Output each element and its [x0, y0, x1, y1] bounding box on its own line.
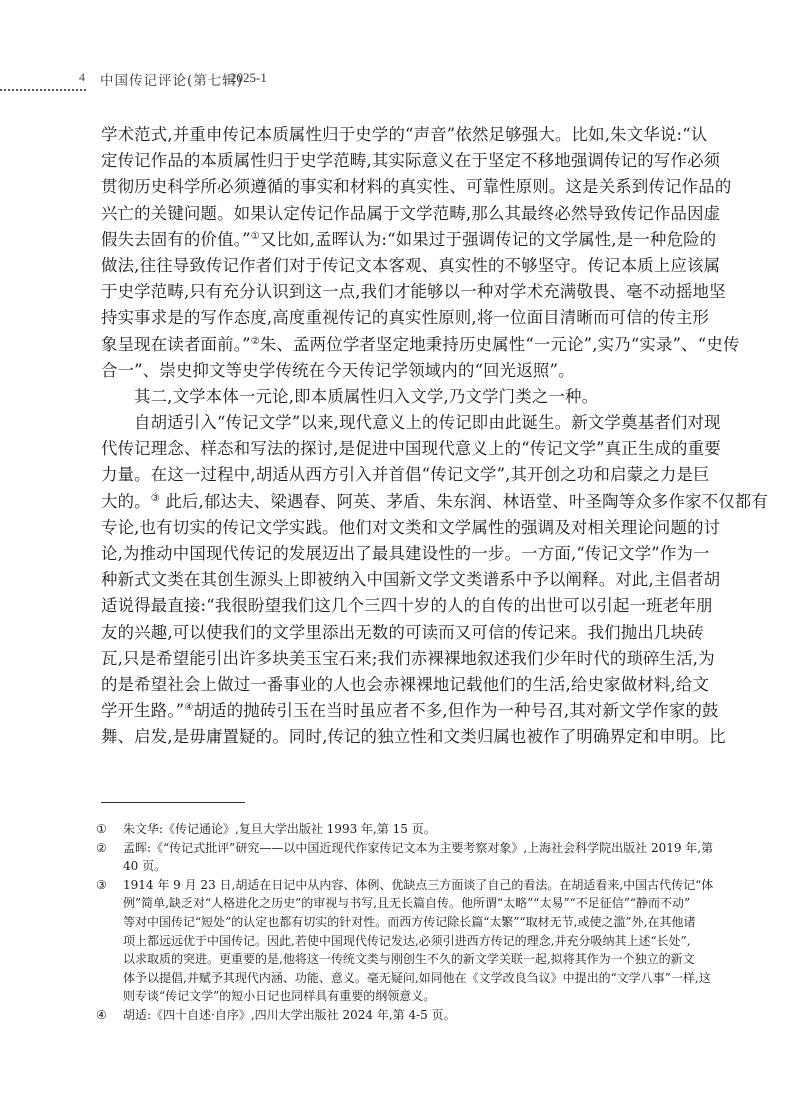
body-line: 适说得最直接:“我很盼望我们这几个三四十岁的人的自传的出世可以引起一班老年朋 — [101, 593, 689, 619]
body-line-text: 学开生路。” — [101, 701, 184, 720]
footnote-marker: ② — [96, 839, 107, 858]
body-line-text: 假失去固有的价值。” — [101, 230, 251, 249]
footnote-line: 等对中国传记“短处”的认定也都有切实的针对性。而西方传记除长篇“太繁”“取材无节… — [123, 913, 689, 932]
footnote-line: 胡适:《四十自述·自序》,四川大学出版社 2024 年,第 4-5 页。 — [123, 1006, 689, 1025]
footnote-line: 则专谈“传记文学”的短小日记也同样具有重要的纲领意义。 — [123, 987, 689, 1006]
footnotes: ① 朱文华:《传记通论》,复旦大学出版社 1993 年,第 15 页。 ② 孟晖… — [96, 820, 689, 1025]
page-number: 4 — [79, 70, 85, 85]
footnote-ref-1[interactable]: ① — [251, 231, 260, 242]
body-line: 合一”、崇史抑文等史学传统在今天传记学领域内的“回光返照”。 — [101, 358, 689, 384]
footnote-ref-3[interactable]: ③ — [151, 493, 160, 504]
body-line: 论,为推动中国现代传记的发展迈出了最具建设性的一步。一方面,“传记文学”作为一 — [101, 541, 689, 567]
body-line-text: 又比如,孟晖认为:“如果过于强调传记的文学属性,是一种危险的 — [260, 230, 716, 249]
body-line: 象呈现在读者面前。”②朱、孟两位学者坚定地秉持历史属性“一元论”,实乃“实录”、… — [101, 332, 689, 358]
body-line: 学术范式,并重申传记本质属性归于史学的“声音”依然足够强大。比如,朱文华说:“认 — [101, 122, 689, 148]
body-line: 代传记理念、样态和写法的探讨,是促进中国现代意义上的“传记文学”真正生成的重要 — [101, 436, 689, 462]
body-line: 大的。③ 此后,郁达夫、梁遇春、阿英、茅盾、朱东润、林语堂、叶圣陶等众多作家不仅… — [101, 489, 689, 515]
body-line: 假失去固有的价值。”①又比如,孟晖认为:“如果过于强调传记的文学属性,是一种危险… — [101, 227, 689, 253]
body-text: 学术范式,并重申传记本质属性归于史学的“声音”依然足够强大。比如,朱文华说:“认… — [101, 122, 689, 751]
body-line: 自胡适引入“传记文学”以来,现代意义上的传记即由此诞生。新文学奠基者们对现 — [101, 410, 689, 436]
footnote-marker: ④ — [96, 1006, 107, 1025]
footnote-line: 1914 年 9 月 23 日,胡适在日记中从内容、体例、优缺点三方面谈了自己的… — [123, 876, 689, 895]
journal-title: 中国传记评论(第七辑) — [100, 69, 243, 89]
footnote-line: 朱文华:《传记通论》,复旦大学出版社 1993 年,第 15 页。 — [123, 820, 689, 839]
body-line-text: 此后,郁达夫、梁遇春、阿英、茅盾、朱东润、林语堂、叶圣陶等众多作家不仅都有 — [160, 492, 768, 511]
body-line-text: 大的。 — [101, 492, 151, 511]
footnote-2: ② 孟晖:《“传记式批评”研究——以中国近现代作家传记文本为主要考察对象》,上海… — [96, 839, 689, 876]
footnote-ref-2[interactable]: ② — [251, 336, 260, 347]
body-line: 于史学范畴,只有充分认识到这一点,我们才能够以一种对学术充满敬畏、毫不动摇地坚 — [101, 279, 689, 305]
body-line: 舞、启发,是毋庸置疑的。同时,传记的独立性和文类归属也被作了明确界定和申明。比 — [101, 724, 689, 750]
body-line: 做法,往往导致传记作者们对于传记文本客观、真实性的不够坚守。传记本质上应该属 — [101, 253, 689, 279]
footnote-line: 40 页。 — [123, 857, 689, 876]
footnote-marker: ③ — [96, 876, 107, 895]
body-line: 定传记作品的本质属性归于史学范畴,其实际意义在于坚定不移地强调传记的写作必须 — [101, 148, 689, 174]
running-head: 4 中国传记评论(第七辑) 2025-1 — [0, 68, 799, 92]
footnote-line: 项上都远远优于中国传记。因此,若使中国现代传记发达,必须引进西方传记的理念,并充… — [123, 932, 689, 951]
footnote-3: ③ 1914 年 9 月 23 日,胡适在日记中从内容、体例、优缺点三方面谈了自… — [96, 876, 689, 1006]
body-line-text: 朱、孟两位学者坚定地秉持历史属性“一元论”,实乃“实录”、“史传 — [260, 335, 740, 354]
body-line: 瓦,只是希望能引出许多块美玉宝石来;我们赤裸裸地叙述我们少年时代的琐碎生活,为 — [101, 646, 689, 672]
footnote-line: 孟晖:《“传记式批评”研究——以中国近现代作家传记文本为主要考察对象》,上海社会… — [123, 839, 689, 858]
header-dotted-rule — [0, 89, 86, 91]
section-heading-line: 其二,文学本体一元论,即本质属性归入文学,乃文学门类之一种。 — [101, 384, 689, 410]
body-line-text: 胡适的抛砖引玉在当时虽应者不多,但作为一种号召,其对新文学作家的鼓 — [194, 701, 719, 720]
body-line: 种新式文类在其创生源头上即被纳入中国新文学文类谱系中予以阐释。对此,主倡者胡 — [101, 567, 689, 593]
footnote-line: 例”简单,缺乏对“人格进化之历史”的审视与书写,且无长篇自传。他所谓“太略”“太… — [123, 894, 689, 913]
footnote-line: 以求取质的突进。更重要的是,他将这一传统文类与刚创生不久的新文学关联一起,拟将其… — [123, 950, 689, 969]
body-line: 持实事求是的写作态度,高度重视传记的真实性原则,将一位面目清晰而可信的传主形 — [101, 305, 689, 331]
footnote-ref-4[interactable]: ④ — [184, 702, 193, 713]
footnote-1: ① 朱文华:《传记通论》,复旦大学出版社 1993 年,第 15 页。 — [96, 820, 689, 839]
body-line: 友的兴趣,可以使我们的文学里添出无数的可读而又可信的传记来。我们抛出几块砖 — [101, 620, 689, 646]
issue-number: 2025-1 — [230, 70, 267, 86]
body-line: 兴亡的关键问题。如果认定传记作品属于文学范畴,那么其最终必然导致传记作品因虚 — [101, 201, 689, 227]
footnote-4: ④ 胡适:《四十自述·自序》,四川大学出版社 2024 年,第 4-5 页。 — [96, 1006, 689, 1025]
footnote-line: 体予以提倡,并赋予其现代内涵、功能、意义。毫无疑问,如同他在《文学改良刍议》中提… — [123, 969, 689, 988]
body-line: 学开生路。”④胡适的抛砖引玉在当时虽应者不多,但作为一种号召,其对新文学作家的鼓 — [101, 698, 689, 724]
body-line: 的是希望社会上做过一番事业的人也会赤裸裸地记载他们的生活,给史家做材料,给文 — [101, 672, 689, 698]
footnote-separator — [101, 802, 245, 803]
body-line: 力量。在这一过程中,胡适从西方引入并首倡“传记文学”,其开创之功和启蒙之力是巨 — [101, 462, 689, 488]
body-line: 专论,也有切实的传记文学实践。他们对文类和文学属性的强调及对相关理论问题的讨 — [101, 515, 689, 541]
body-line-text: 象呈现在读者面前。” — [101, 335, 251, 354]
body-line: 贯彻历史科学所必须遵循的事实和材料的真实性、可靠性原则。这是关系到传记作品的 — [101, 174, 689, 200]
footnote-marker: ① — [96, 820, 107, 839]
